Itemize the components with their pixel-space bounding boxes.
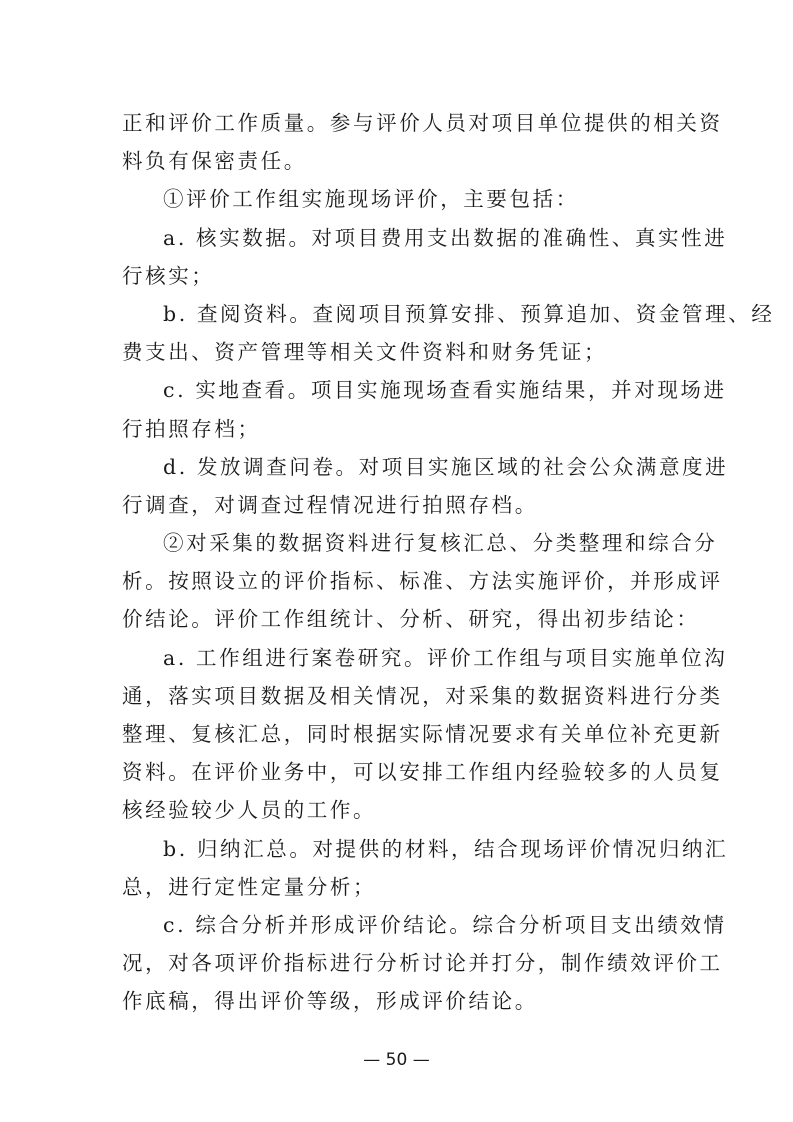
text-line: 通，落实项目数据及相关情况，对采集的数据资料进行分类 <box>122 677 674 715</box>
body-text: 正和评价工作质量。参与评价人员对项目单位提供的相关资 料负有保密责任。 ①评价工… <box>122 104 674 1021</box>
text-line: 正和评价工作质量。参与评价人员对项目单位提供的相关资 <box>122 104 674 142</box>
text-line: 析。按照设立的评价指标、标准、方法实施评价，并形成评 <box>122 562 674 600</box>
text-line-item-2: ②对采集的数据资料进行复核汇总、分类整理和综合分 <box>122 524 674 562</box>
text-line-item-c: c. 实地查看。项目实施现场查看实施结果，并对现场进 <box>122 371 674 409</box>
page-number: — 50 — <box>0 1050 793 1070</box>
text-line: 行拍照存档； <box>122 410 674 448</box>
text-line-item-b: b. 查阅资料。查阅项目预算安排、预算追加、资金管理、经 <box>122 295 674 333</box>
text-line-item-c: c. 综合分析并形成评价结论。综合分析项目支出绩效情 <box>122 906 674 944</box>
text-line: 资料。在评价业务中，可以安排工作组内经验较多的人员复 <box>122 753 674 791</box>
text-line-item-b: b. 归纳汇总。对提供的材料，结合现场评价情况归纳汇 <box>122 830 674 868</box>
text-line-item-d: d. 发放调查问卷。对项目实施区域的社会公众满意度进 <box>122 448 674 486</box>
text-line: 总，进行定性定量分析； <box>122 868 674 906</box>
text-line: 况，对各项评价指标进行分析讨论并打分，制作绩效评价工 <box>122 944 674 982</box>
text-line: 费支出、资产管理等相关文件资料和财务凭证； <box>122 333 674 371</box>
text-line: 行核实； <box>122 257 674 295</box>
document-page: 正和评价工作质量。参与评价人员对项目单位提供的相关资 料负有保密责任。 ①评价工… <box>0 0 793 1122</box>
text-line: 价结论。评价工作组统计、分析、研究，得出初步结论： <box>122 600 674 638</box>
text-line-item-a: a. 核实数据。对项目费用支出数据的准确性、真实性进 <box>122 219 674 257</box>
text-line: 整理、复核汇总，同时根据实际情况要求有关单位补充更新 <box>122 715 674 753</box>
text-line-item-a: a. 工作组进行案卷研究。评价工作组与项目实施单位沟 <box>122 639 674 677</box>
text-line: 行调查，对调查过程情况进行拍照存档。 <box>122 486 674 524</box>
text-line: 料负有保密责任。 <box>122 142 674 180</box>
text-line-item-1: ①评价工作组实施现场评价，主要包括： <box>122 180 674 218</box>
text-line: 作底稿，得出评价等级，形成评价结论。 <box>122 982 674 1020</box>
text-line: 核经验较少人员的工作。 <box>122 791 674 829</box>
